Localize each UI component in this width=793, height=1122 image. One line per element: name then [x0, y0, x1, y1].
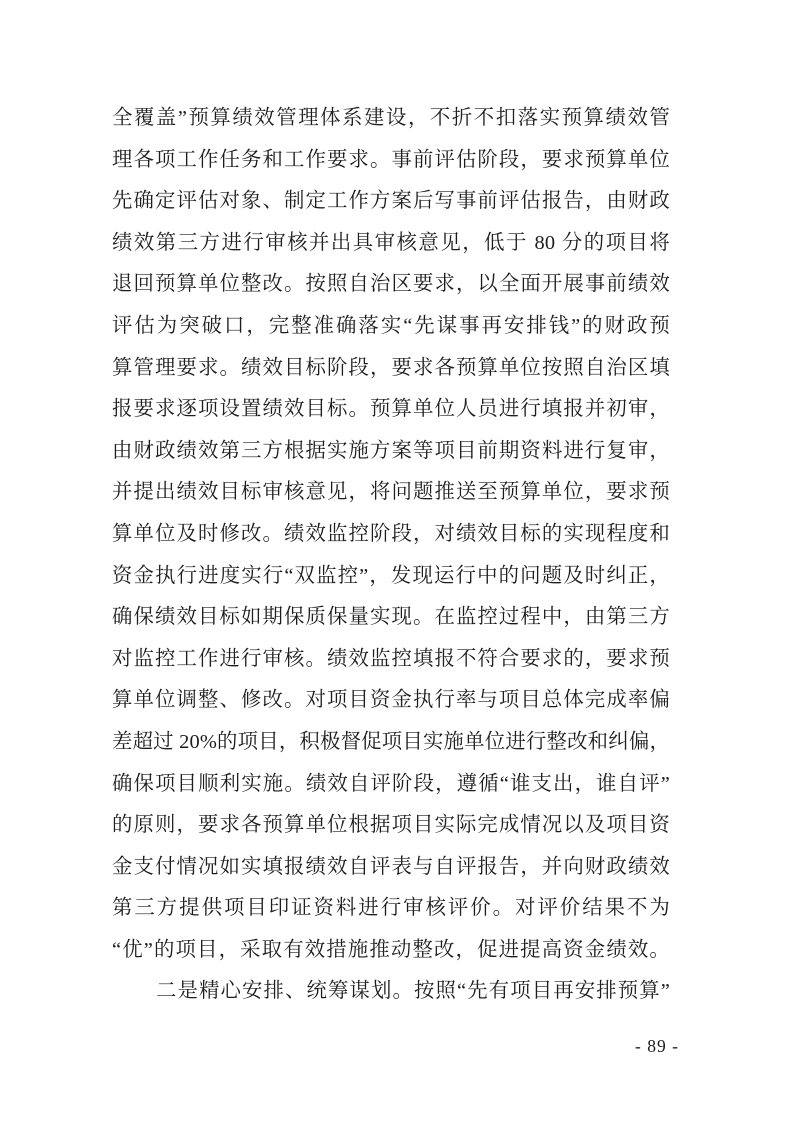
text-line: 金支付情况如实填报绩效自评表与自评报告，并向财政绩效: [112, 847, 670, 889]
text-block: 全覆盖”预算绩效管理体系建设，不折不扣落实预算绩效管 理各项工作任务和工作要求。…: [112, 98, 670, 1013]
text-line: 的原则，要求各预算单位根据项目实际完成情况以及项目资: [112, 805, 670, 847]
text-line: 报要求逐项设置绩效目标。预算单位人员进行填报并初审，: [112, 389, 670, 431]
text-line: 并提出绩效目标审核意见，将问题推送至预算单位，要求预: [112, 472, 670, 514]
text-line: 评估为突破口，完整准确落实“先谋事再安排钱”的财政预: [112, 306, 670, 348]
text-line: 绩效第三方进行审核并出具审核意见，低于 80 分的项目将: [112, 223, 670, 265]
text-line: 资金执行进度实行“双监控”，发现运行中的问题及时纠正，: [112, 556, 670, 598]
text-line: 全覆盖”预算绩效管理体系建设，不折不扣落实预算绩效管: [112, 98, 670, 140]
document-page: 全覆盖”预算绩效管理体系建设，不折不扣落实预算绩效管 理各项工作任务和工作要求。…: [0, 0, 793, 1122]
text-line: 确保项目顺利实施。绩效自评阶段，遵循“谁支出，谁自评”: [112, 764, 670, 806]
text-line: 先确定评估对象、制定工作方案后写事前评估报告，由财政: [112, 181, 670, 223]
text-line: 算单位调整、修改。对项目资金执行率与项目总体完成率偏: [112, 680, 670, 722]
page-number: - 89 -: [612, 1034, 702, 1058]
paragraph-indent-line: 二是精心安排、统筹谋划。按照“先有项目再安排预算”: [112, 971, 670, 1013]
text-line: 算管理要求。绩效目标阶段，要求各预算单位按照自治区填: [112, 348, 670, 390]
text-line: 对监控工作进行审核。绩效监控填报不符合要求的，要求预: [112, 639, 670, 681]
text-line: 差超过 20%的项目，积极督促项目实施单位进行整改和纠偏，: [112, 722, 670, 764]
text-line: 算单位及时修改。绩效监控阶段，对绩效目标的实现程度和: [112, 514, 670, 556]
text-line: 第三方提供项目印证资料进行审核评价。对评价结果不为: [112, 888, 670, 930]
text-line: 理各项工作任务和工作要求。事前评估阶段，要求预算单位: [112, 140, 670, 182]
text-line: 确保绩效目标如期保质保量实现。在监控过程中，由第三方: [112, 597, 670, 639]
text-line: 由财政绩效第三方根据实施方案等项目前期资料进行复审，: [112, 431, 670, 473]
text-line: “优”的项目，采取有效措施推动整改，促进提高资金绩效。: [112, 930, 670, 972]
text-line: 退回预算单位整改。按照自治区要求，以全面开展事前绩效: [112, 264, 670, 306]
